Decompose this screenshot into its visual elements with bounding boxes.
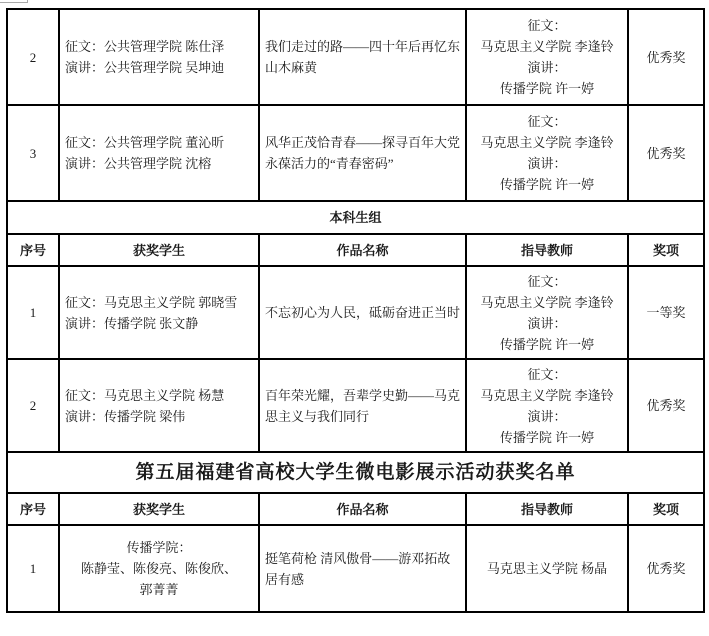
advisor-line: 传播学院 许一婷: [469, 78, 625, 99]
advisors-cell: 征文： 马克思主义学院 李逢铃 演讲： 传播学院 许一婷: [466, 9, 628, 105]
award-cell: 一等奖: [628, 266, 704, 359]
undergraduate-section-header: 本科生组: [7, 201, 704, 234]
advisor-line: 演讲：: [469, 313, 625, 334]
award-cell: 优秀奖: [628, 525, 704, 612]
student-line: 传播学院：: [62, 537, 256, 558]
students-cell: 传播学院： 陈静莹、陈俊亮、陈俊欣、 郭菁菁: [59, 525, 259, 612]
award-cell: 优秀奖: [628, 359, 704, 452]
table-row: 2 征文：公共管理学院 陈仕泽 演讲：公共管理学院 吴坤迪 我们走过的路——四十…: [7, 9, 704, 105]
column-header-students: 获奖学生: [59, 234, 259, 266]
advisor-line: 马克思主义学院 李逢铃: [469, 36, 625, 57]
advisor-line: 征文：: [469, 271, 625, 292]
previous-row-border-fragment: [0, 2, 27, 3]
students-cell: 征文：马克思主义学院 杨慧 演讲：传播学院 梁伟: [59, 359, 259, 452]
students-cell: 征文：马克思主义学院 郭晓雪 演讲：传播学院 张文静: [59, 266, 259, 359]
advisor-line: 征文：: [469, 111, 625, 132]
advisor-line: 演讲：: [469, 153, 625, 174]
column-header-work: 作品名称: [259, 493, 466, 525]
serial-cell: 2: [7, 359, 59, 452]
advisor-line: 演讲：: [469, 406, 625, 427]
table-row: 第五届福建省高校大学生微电影展示活动获奖名单: [7, 452, 704, 493]
column-header-serial: 序号: [7, 493, 59, 525]
column-header-teacher: 指导教师: [466, 234, 628, 266]
table-row: 2 征文：马克思主义学院 杨慧 演讲：传播学院 梁伟 百年荣光耀，吾辈学史勤——…: [7, 359, 704, 452]
awards-table: 2 征文：公共管理学院 陈仕泽 演讲：公共管理学院 吴坤迪 我们走过的路——四十…: [6, 8, 705, 613]
student-line: 征文：公共管理学院 陈仕泽: [65, 36, 254, 57]
student-line: 演讲：传播学院 张文静: [65, 313, 254, 334]
student-line: 演讲：传播学院 梁伟: [65, 406, 254, 427]
column-header-work: 作品名称: [259, 234, 466, 266]
advisors-cell: 征文： 马克思主义学院 李逢铃 演讲： 传播学院 许一婷: [466, 266, 628, 359]
table-header-row: 序号 获奖学生 作品名称 指导教师 奖项: [7, 234, 704, 266]
student-line: 征文：公共管理学院 董沁昕: [65, 132, 254, 153]
document-page: 2 征文：公共管理学院 陈仕泽 演讲：公共管理学院 吴坤迪 我们走过的路——四十…: [0, 0, 709, 636]
work-title-cell: 风华正茂恰青春——探寻百年大党永葆活力的“青春密码”: [259, 105, 466, 201]
advisors-cell: 征文： 马克思主义学院 李逢铃 演讲： 传播学院 许一婷: [466, 359, 628, 452]
advisor-line: 传播学院 许一婷: [469, 174, 625, 195]
work-title-cell: 我们走过的路——四十年后再忆东山木麻黄: [259, 9, 466, 105]
award-cell: 优秀奖: [628, 105, 704, 201]
table-row: 1 传播学院： 陈静莹、陈俊亮、陈俊欣、 郭菁菁 挺笔荷枪 清风傲骨——游邓拓故…: [7, 525, 704, 612]
advisors-cell: 征文： 马克思主义学院 李逢铃 演讲： 传播学院 许一婷: [466, 105, 628, 201]
column-header-award: 奖项: [628, 493, 704, 525]
student-line: 郭菁菁: [62, 579, 256, 600]
advisor-line: 马克思主义学院 李逢铃: [469, 385, 625, 406]
table-row: 本科生组: [7, 201, 704, 234]
column-header-award: 奖项: [628, 234, 704, 266]
serial-cell: 1: [7, 525, 59, 612]
advisor-line: 传播学院 许一婷: [469, 334, 625, 355]
table-row: 3 征文：公共管理学院 董沁昕 演讲：公共管理学院 沈榕 风华正茂恰青春——探寻…: [7, 105, 704, 201]
students-cell: 征文：公共管理学院 董沁昕 演讲：公共管理学院 沈榕: [59, 105, 259, 201]
work-title-cell: 挺笔荷枪 清风傲骨——游邓拓故居有感: [259, 525, 466, 612]
table-row: 1 征文：马克思主义学院 郭晓雪 演讲：传播学院 张文静 不忘初心为人民，砥砺奋…: [7, 266, 704, 359]
advisors-cell: 马克思主义学院 杨晶: [466, 525, 628, 612]
students-cell: 征文：公共管理学院 陈仕泽 演讲：公共管理学院 吴坤迪: [59, 9, 259, 105]
column-header-serial: 序号: [7, 234, 59, 266]
work-title-cell: 不忘初心为人民，砥砺奋进正当时: [259, 266, 466, 359]
advisor-line: 传播学院 许一婷: [469, 427, 625, 448]
serial-cell: 1: [7, 266, 59, 359]
work-title-cell: 百年荣光耀，吾辈学史勤——马克思主义与我们同行: [259, 359, 466, 452]
advisor-line: 征文：: [469, 15, 625, 36]
serial-cell: 3: [7, 105, 59, 201]
serial-cell: 2: [7, 9, 59, 105]
previous-row-border-fragment: [27, 0, 28, 3]
student-line: 征文：马克思主义学院 杨慧: [65, 385, 254, 406]
column-header-students: 获奖学生: [59, 493, 259, 525]
table-header-row: 序号 获奖学生 作品名称 指导教师 奖项: [7, 493, 704, 525]
award-cell: 优秀奖: [628, 9, 704, 105]
column-header-teacher: 指导教师: [466, 493, 628, 525]
advisor-line: 马克思主义学院 李逢铃: [469, 132, 625, 153]
advisor-line: 演讲：: [469, 57, 625, 78]
student-line: 演讲：公共管理学院 吴坤迪: [65, 57, 254, 78]
advisor-line: 马克思主义学院 李逢铃: [469, 292, 625, 313]
student-line: 演讲：公共管理学院 沈榕: [65, 153, 254, 174]
advisor-line: 征文：: [469, 364, 625, 385]
microfilm-activity-title: 第五届福建省高校大学生微电影展示活动获奖名单: [7, 452, 704, 493]
student-line: 陈静莹、陈俊亮、陈俊欣、: [62, 558, 256, 579]
student-line: 征文：马克思主义学院 郭晓雪: [65, 292, 254, 313]
